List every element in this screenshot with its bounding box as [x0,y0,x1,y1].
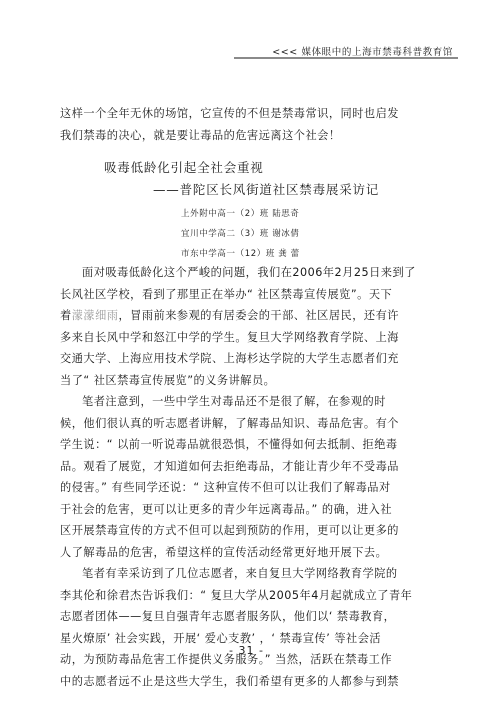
text-line: 区开展禁毒宣传的方式不但可以起到预防的作用，更可以让更多的 [60,520,440,542]
text-line: 的侵害。” 有些同学还说：“ 这种宣传不但可以让我们了解毒品对 [60,477,440,499]
author-line: 宜川中学高二（3）班 谢冰倩 [181,227,300,239]
text-line: 人了解毒品的危害，希望这样的宣传活动经常更好地开展下去。 [60,542,440,564]
text-line: 交通大学、上海应用技术学院、上海杉达学院的大学生志愿者们充 [60,348,440,370]
running-header: <<< 媒体眼中的上海市禁毒科普教育馆 [234,44,458,60]
text-line: 志愿者团体——复旦自强青年志愿者服务队，他们以‘ 禁毒教育， [60,606,440,628]
text-line: 这样一个全年无休的场馆，它宣传的不但是禁毒常识，同时也启发 [60,103,440,125]
text-line: 多来自长风中学和怒江中学的学生。复旦大学网络教育学院、上海 [60,327,440,349]
text-line: 我们禁毒的决心，就是要让毒品的危害远离这个社会！ [60,125,440,147]
text-line: 笔者注意到，一些中学生对毒品还不是很了解，在参观的时 [60,391,440,413]
header-rule [234,57,458,59]
author-line: 上外附中高一（2）班 陆思奇 [181,207,300,219]
text-line: 学生说：“ 以前一听说毒品就很恐惧，不懂得如何去抵制、拒绝毒 [60,434,440,456]
faint-text-fragment: 濛濛细雨 [72,309,119,322]
text-line: 候，他们很认真的听志愿者讲解，了解毒品知识、毒品危害。有个 [60,413,440,435]
article-subtitle: ——普陀区长风街道社区禁毒展采访记 [153,180,379,198]
text-line: 于社会的危害，更可以让更多的青少年远离毒品。” 的确，进入社 [60,499,440,521]
intro-paragraph: 这样一个全年无休的场馆，它宣传的不但是禁毒常识，同时也启发 我们禁毒的决心，就是… [60,103,440,146]
article-title: 吸毒低龄化引起全社会重视 [104,158,264,176]
text-fragment: ，冒雨前来参观的有居委会的干部、社区居民，还有许 [118,309,399,322]
article-body: 面对吸毒低龄化这个严峻的问题，我们在2006年2月25日来到了 长风社区学校，看… [60,262,440,692]
author-line: 市东中学高一（12）班 龚 蕾 [181,247,300,259]
text-line: 面对吸毒低龄化这个严峻的问题，我们在2006年2月25日来到了 [60,262,440,284]
text-fragment: 着 [60,309,72,322]
text-line: 长风社区学校，看到了那里正在举办“ 社区禁毒宣传展览”。天下 [60,284,440,306]
text-line: 笔者有幸采访到了几位志愿者，来自复旦大学网络教育学院的 [60,563,440,585]
text-line: 着濛濛细雨，冒雨前来参观的有居委会的干部、社区居民，还有许 [60,305,440,327]
page-number: - 31 - [0,644,493,657]
text-line: 李其伦和徐君杰告诉我们：“ 复旦大学从2005年4月起就成立了青年 [60,585,440,607]
running-title: <<< 媒体眼中的上海市禁毒科普教育馆 [272,44,453,58]
text-line: 当了“ 社区禁毒宣传展览”的义务讲解员。 [60,370,440,392]
text-line: 品。观看了展览，才知道如何去拒绝毒品，才能让青少年不受毒品 [60,456,440,478]
text-line: 中的志愿者远不止是这些大学生，我们希望有更多的人都参与到禁 [60,671,440,693]
